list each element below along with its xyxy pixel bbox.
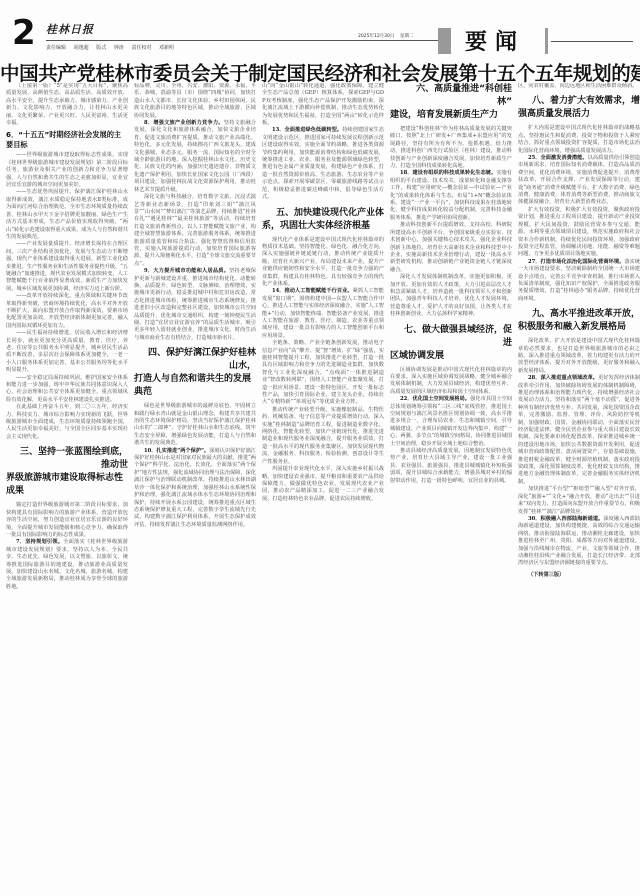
section-name: 要闻: [465, 25, 525, 56]
editor-label: 责任编辑: [46, 45, 66, 51]
column-3: 山”向“金山银山”转化通道，强化政策保障，建立健全生态产品总值（GEP）核算体系…: [262, 83, 384, 893]
column-2: 标品牌，灵川、全州、兴安、灌阳、资源、永福、平乐、恭城、荔浦等县（市）围绕“四城…: [134, 83, 256, 893]
paragraph: 扩大内需是建设中国式现代化桂林篇章的战略基点。坚持惠民生和促消费、投资于物和投资…: [518, 125, 640, 155]
item-body: 实施有组织的平台建设、技术攻关、成果转化和金融支撑等工作，构建“应用研究—概念验…: [390, 170, 512, 220]
paragraph: 22．优化国土空间发展格局。强化市县国土空间总体规划统筹引领和“三区三线”底线管…: [390, 396, 512, 448]
date-text: 2025年12月30日: [358, 34, 394, 39]
item-body: 持续创建国家生态文明建设示范区，推进国家可持续发展议程创新示范区建设取得实效，实…: [262, 127, 384, 200]
item-title: 18．建设有组织的科技成果转化生态链。: [400, 170, 496, 176]
paragraph: 标品牌，灵川、全州、兴安、灌阳、资源、永福、平乐、恭城、荔浦等县（市）围绕“四城…: [134, 83, 256, 120]
paragraph: 25．全面激发消费潜能。以高质量供给引领创造市场新需求，培育国际知名消费载体，打…: [518, 155, 640, 207]
column-5: 区，向农村覆盖、向边远地区和生活困难群众倾斜。 八、着力扩大有效需求，增 强高质…: [518, 83, 640, 893]
item-title: 9．大力提升城市功能和人居品质。: [144, 268, 229, 274]
paragraph: 13．全面推进绿色低碳转型。持续创建国家生态文明建设示范区，推进国家可持续发展议…: [262, 127, 384, 201]
section-heading-5: 五、加快建设现代化产业体 系，巩固壮大实体经济根基: [262, 207, 384, 233]
item-body: 落实统一大市场建设要求，坚决破除制约全国统一大市场建设卡点堵点，完善公平竞争审查…: [518, 259, 640, 302]
item-title: 25．全面激发消费潜能。: [528, 155, 588, 161]
item-title: 30．积极融入西部陆海新通道。: [528, 516, 603, 522]
item-body: 坚持文旅融合发展，深化文化和旅游体系融合，加快文旅企业培育，促进文旅消费扩容提质…: [134, 120, 256, 193]
section-heading-6: 六、高质量推进“科创桂林” 建设，培育发展新质生产力: [390, 83, 512, 122]
item-title: 13．全面推进绿色低碳转型。: [272, 127, 342, 133]
item-title: 7．坚持规划引领。: [16, 539, 63, 545]
section-heading-line: 界级旅游城市建设取得标志性成果: [6, 472, 128, 498]
proofreader-name: 邓新明: [159, 45, 174, 51]
paragraph: 山”向“金山银山”转化通道，强化政策保障，建立健全生态产品总值（GEP）核算体系…: [262, 83, 384, 127]
paragraph: ——世界级旅游城市建设取得标志性成果。实现《桂林世界级旅游城市建设发展规划》第二…: [6, 152, 128, 189]
paragraph: ——安全稳定局面持续巩固。维护国家安全体系和能力进一步加强，铸牢中华民族共同体意…: [6, 375, 128, 405]
item-body: 深刻认识保护好漓江保护好桂林山水是对国家对民族最大的贡献，推进“两个保护”科学化…: [134, 448, 256, 528]
paragraph: 8．增强文旅产业创新力竞争力。坚持文旅融合发展，深化文化和旅游体系融合，加快文旅…: [134, 120, 256, 194]
section-heading-4: 四、保护好漓江保护好桂林山水， 打造人与自然和谐共生的发展典范: [134, 347, 256, 399]
paragraph: 扩大有效投资，积极扩大有效投资，聚焦政府投资计划，推进重点工程项目建设，提升新动…: [518, 207, 640, 259]
item-body: 全面落实《桂林世界级旅游城市建设发展规划》要求，坚持以人为本、全民共享，生态优先…: [6, 539, 128, 589]
paragraph: 绿色是世界级旅游城市的最鲜亮底色。牢固树立和践行绿水青山就是金山银山理念，构建共…: [134, 403, 256, 447]
subheading-6: 6．“十五五”时期经济社会发展的主要目标: [6, 130, 128, 150]
paragraph: 推动传统产业转型升级，实施橡胶制品、生物医药、机械装备、电子信息等产业提质增效行…: [262, 407, 384, 466]
layout-name: 钟涛: [114, 45, 124, 51]
paragraph: （上接第一版）“5”是实现“五大目标”，聚焦高质量发展、高颜值生态、高品质生活、…: [6, 83, 128, 127]
section-heading-line: 七、做大做强县域经济，促进: [390, 324, 512, 350]
paragraph: 28．深入推进重点领域改革。更好发挥经济体制改革牵引作用，加快破除妨碍发展的体制…: [518, 375, 640, 486]
masthead: 2 桂林日报 责任编辑 胡逸超 版式 钟涛 责任校对 邓新明 2025年12月3…: [0, 0, 640, 50]
section-heading-line: 打造人与自然和谐共生的发展典范: [134, 373, 256, 399]
section-heading-7: 七、做大做强县域经济，促进 区域协调发展: [390, 324, 512, 363]
paragraph: 10．扎实推进“两个保护”。深刻认识保护好漓江保护好桂林山水是对国家对民族最大的…: [134, 448, 256, 529]
section-heading-line: 四、保护好漓江保护好桂林山水，: [134, 347, 256, 373]
item-body: 坚持老城保护更新与新城建设并重，推进城市结构优化、动能转换、品质提升、绿色转型、…: [134, 268, 256, 341]
masthead-rule-right: [551, 41, 633, 42]
section-heading-3: 三、坚持一张蓝图绘到底，推动世 界级旅游城市建设取得标志性成果: [6, 446, 128, 498]
editor-name: 胡逸超: [74, 45, 89, 51]
paragraph: 加快推进“平台型”“枢纽型”“融入型”对外开放，深化“旅游+”“文化+”融合开放…: [518, 486, 640, 516]
paragraph: 巩固提升农业现代化水平，深入实施乡村振兴战略，加快建设农业强市，提升粮食和重要农…: [262, 466, 384, 503]
paragraph: 深化改革，扩大开放是建设中国式现代化桂林篇章的必然要求，也是打造世界级旅游城市的…: [518, 338, 640, 375]
paragraph: 在此基础上再奋斗五年，到二〇三五年，经济实力、科技实力、城市综合影响力实现新的飞…: [6, 404, 128, 441]
section-bar-left: [438, 28, 451, 54]
paragraph: 现代化产业体系是建设中国式现代化桂林篇章的物质技术基础。坚持智能化、绿色化、融合…: [262, 237, 384, 289]
masthead-rule: [46, 40, 438, 41]
proofreader-label: 责任校对: [131, 45, 151, 51]
paragraph: 30．积极融入西部陆海新通道。深度融入西部陆海新通道建设，加快构建便捷、高效的综…: [518, 516, 640, 568]
paragraph: ——生态优势巩固提升。保护漓江保护桂林山水取得新成效，漓江水质稳定保持地表水Ⅱ类…: [6, 189, 128, 241]
paragraph: 推动县域经济高质量发展，因地制宜发展特色优势产业，培育壮大县域主导产业，建设一批…: [390, 448, 512, 485]
item-title: 27．打造市场化法治化国际化营商环境。: [528, 259, 624, 265]
section-heading-line: 八、着力扩大有效需求，增: [518, 95, 640, 108]
paragraph: 9．大力提升城市功能和人居品质。坚持老城保护更新与新城建设并重，推进城市结构优化…: [134, 268, 256, 342]
page-number: 2: [12, 16, 36, 50]
publication-date: 2025年12月30日 星期二: [358, 33, 417, 39]
paragraph: 锚定打造世界级旅游城市第二阶段目标要求，加快构建具有国际影响力的旅游产业体系，营…: [6, 502, 128, 539]
section-heading-line: 六、高质量推进“科创桂林”: [390, 83, 512, 109]
item-title: 10．扎实推进“两个保护”。: [144, 448, 209, 454]
paragraph: ——改革开放持续深化。重点领域和关键环节改革取得新突破，营商环境持续优化，高水平…: [6, 293, 128, 330]
paragraph: 区，向农村覆盖、向边远地区和生活困难群众倾斜。: [518, 83, 640, 90]
section-heading-line: 五、加快建设现代化产业体: [262, 207, 384, 220]
paragraph: 18．建设有组织的科技成果转化生态链。实施有组织的平台建设、技术攻关、成果转化和…: [390, 170, 512, 222]
section-heading-9: 九、高水平推进改革开放， 积极服务和融入新发展格局: [518, 308, 640, 334]
paragraph: 全链条、策略、产业全链条创新发展，推动电子信息产业向“高”攀升、提“智”增效、扩…: [262, 340, 384, 407]
paragraph: 把建设“科创桂林”作为桂林高质量发展的关键突破口，按照“北上广研发+广西集成+东…: [390, 126, 512, 170]
continued-notice: （下转第三版）: [518, 571, 640, 578]
section-heading-line: 积极服务和融入新发展格局: [518, 321, 640, 334]
paragraph: ——民生福祉持续增进。居民收入增长和经济增长同步，就业更加充分更高质量，教育、医…: [6, 330, 128, 374]
paragraph: 14．推动人工智能赋能千行百业。紧抓人工智能发展“窗口期”，围绕构建中国—东盟人…: [262, 288, 384, 340]
item-body: 紧抓人工智能发展“窗口期”，围绕构建中国—东盟人工智能合作中心，推进人工智能与实…: [262, 288, 384, 338]
section-heading-line: 建设，培育发展新质生产力: [390, 109, 512, 122]
item-title: 8．增强文旅产业创新力竞争力。: [144, 120, 224, 126]
article-columns: （上接第一版）“5”是实现“五大目标”，聚焦高质量发展、高颜值生态、高品质生活、…: [6, 83, 636, 893]
section-heading-line: 强高质量发展活力: [518, 108, 640, 121]
item-body: 以高质量供给引领创造市场新需求，培育国际知名消费载体，打造高品质消费空间，优化消…: [518, 155, 640, 205]
newspaper-page: 2 桂林日报 责任编辑 胡逸超 版式 钟涛 责任校对 邓新明 2025年12月3…: [0, 0, 640, 896]
section-heading-line: 三、坚持一张蓝图绘到底，推动世: [6, 446, 128, 472]
editor-credits: 责任编辑 胡逸超 版式 钟涛 责任校对 邓新明: [46, 44, 180, 51]
layout-label: 版式: [96, 45, 106, 51]
main-headline: 中国共产党桂林市委员会关于制定国民经济和社会发展第十五个五年规划的建议: [0, 58, 640, 86]
paragraph: ——产业发展量质提升。经济增长保持在合理区间，三次产业结构更加优化，发展与生态动…: [6, 241, 128, 293]
section-bar-right: [545, 28, 548, 54]
section-heading-line: 系，巩固壮大实体经济根基: [262, 220, 384, 233]
section-heading-line: 区域协调发展: [390, 350, 512, 363]
item-body: 强化市县国土空间总体规划统筹引领和“三区三线”底线管控，推进国土空间规划与漓江风…: [390, 396, 512, 446]
paragraph: 深化文旅与科技融合，培育数字文旅、沉浸式演艺等新业态新场景，打造“印象刘三姐”“…: [134, 194, 256, 268]
paragraph: 推动科技创新平台提质增效，支持高校、科研院所建设高水平创新平台，争创国家级重点实…: [390, 222, 512, 274]
paper-name-logo: 桂林日报: [46, 21, 94, 37]
section-heading-line: 九、高水平推进改革开放，: [518, 308, 640, 321]
item-title: 22．优化国土空间发展格局。: [400, 396, 470, 402]
paragraph: 区域协调发展是推动中国式现代化桂林篇章的内在要求。深入实施区域协调发展战略，健全…: [390, 367, 512, 397]
paragraph: 深化人才发展体制机制改革，实施更加积极、更加开放、更加有效的人才政策，大力引进高…: [390, 274, 512, 318]
paragraph: 27．打造市场化法治化国际化营商环境。落实统一大市场建设要求，坚决破除制约全国统…: [518, 259, 640, 303]
weekday-text: 星期二: [400, 34, 414, 39]
paragraph: 7．坚持规划引领。全面落实《桂林世界级旅游城市建设发展规划》要求，坚持以人为本、…: [6, 539, 128, 591]
item-title: 28．深入推进重点领域改革。: [528, 375, 598, 381]
column-4: 六、高质量推进“科创桂林” 建设，培育发展新质生产力 把建设“科创桂林”作为桂林…: [390, 83, 512, 893]
column-1: （上接第一版）“5”是实现“五大目标”，聚焦高质量发展、高颜值生态、高品质生活、…: [6, 83, 128, 893]
item-body: 更好发挥经济体制改革牵引作用，加快破除妨碍发展的体制机制障碍，推进治理体系和治理…: [518, 375, 640, 485]
section-heading-8: 八、着力扩大有效需求，增 强高质量发展活力: [518, 95, 640, 121]
item-title: 14．推动人工智能赋能千行百业。: [272, 288, 353, 294]
item-body: 深度融入西部陆海新通道建设，加快构建便捷、高效的综合交通运输网络，推动衔接陆海联…: [518, 516, 640, 566]
